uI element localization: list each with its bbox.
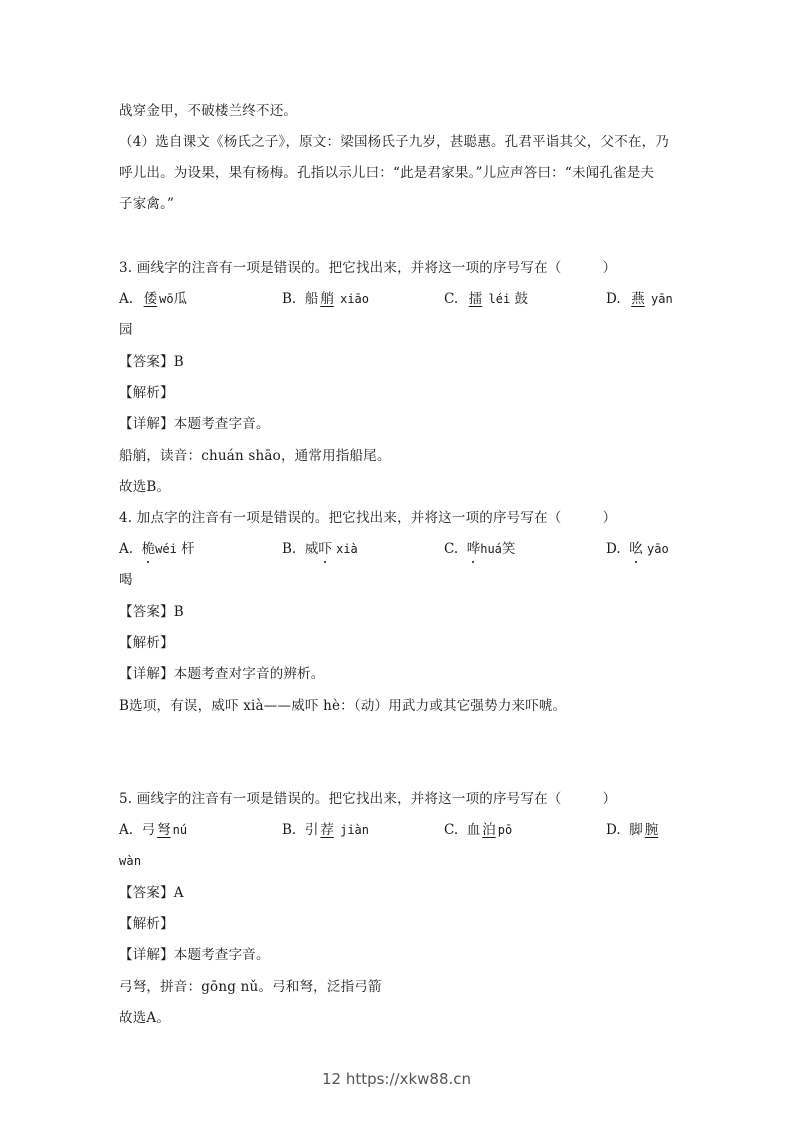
q3-option-a: A. 倭wō瓜 [119,290,187,308]
q3-detail: 【详解】本题考查字音。 [119,415,270,433]
intro-line-3: 呼儿出。为设果，果有杨梅。孔指以示儿曰：“此是君家果。”儿应声答曰：“未闻孔雀是… [119,164,654,182]
q4-detail: 【详解】本题考查对字音的辨析。 [119,665,325,683]
q5-option-d: D. 脚腕 [606,821,660,839]
q5-conclusion: 故选A。 [119,1009,170,1027]
q3-option-d: D. 燕 yān [606,290,673,308]
q5-explanation: 弓弩，拼音：gōng nǔ。弓和弩，泛指弓箭 [119,978,382,996]
q4-explanation: B选项，有误，威吓 xià——威吓 hè：（动）用武力或其它强势力来吓唬。 [119,697,566,715]
q4-option-b: B. 威吓 xià [282,540,358,558]
dotted-char: 桅 [142,540,156,558]
intro-line-4: 子家禽。” [119,195,174,213]
dotted-char: 吓 [318,540,332,558]
underlined-char: 燕 [629,291,647,307]
q5-detail: 【详解】本题考查字音。 [119,946,270,964]
underlined-char: 泊 [480,822,498,838]
q3-answer: 【答案】B [119,353,184,371]
q4-analysis-heading: 【解析】 [119,634,174,652]
intro-line-2: （4）选自课文《杨氏之子》，原文：梁国杨氏子九岁，甚聪惠。孔君平诣其父，父不在，… [119,133,669,151]
underlined-char: 倭 [142,291,160,307]
page-footer: 12 https://xkw88.cn [0,1070,793,1088]
underlined-char: 弩 [155,822,173,838]
q5-option-a: A. 弓弩nú [119,821,187,839]
q5-analysis-heading: 【解析】 [119,915,174,933]
q3-analysis-heading: 【解析】 [119,384,174,402]
q3-explanation: 船艄，读音：chuán shāo，通常用指船尾。 [119,447,391,465]
q5-option-c: C. 血泊pō [444,821,512,839]
underlined-char: 腕 [643,822,661,838]
underlined-char: 艄 [318,291,336,307]
dotted-char: 吆 [629,540,643,558]
q4-option-wrap: 喝 [119,571,133,589]
q3-conclusion: 故选B。 [119,478,170,496]
q5-answer: 【答案】A [119,884,184,902]
q5-stem: 5. 画线字的注音有一项是错误的。把它找出来，并将这一项的序号写在（ ） [119,790,616,808]
q5-option-b: B. 引荐 jiàn [282,821,369,839]
q4-stem: 4. 加点字的注音有一项是错误的。把它找出来，并将这一项的序号写在（ ） [119,509,616,527]
q4-option-a: A. 桅wéi 杆 [119,540,195,558]
q3-option-b: B. 船艄 xiāo [282,290,369,308]
underlined-char: 擂 [467,291,485,307]
dotted-char: 哗 [467,540,481,558]
q4-option-d: D. 吆 yāo [606,540,669,558]
intro-line-1: 战穿金甲，不破楼兰终不还。 [119,102,297,120]
q3-stem: 3. 画线字的注音有一项是错误的。把它找出来，并将这一项的序号写在（ ） [119,259,616,277]
underlined-char: 荐 [318,822,336,838]
q5-option-wrap: wàn [119,852,141,870]
q3-option-c: C. 擂 léi 鼓 [444,290,528,308]
document-page: 战穿金甲，不破楼兰终不还。 （4）选自课文《杨氏之子》，原文：梁国杨氏子九岁，甚… [0,0,793,1122]
q4-answer: 【答案】B [119,603,184,621]
q4-option-c: C. 哗huá笑 [444,540,515,558]
q3-option-wrap: 园 [119,321,133,339]
